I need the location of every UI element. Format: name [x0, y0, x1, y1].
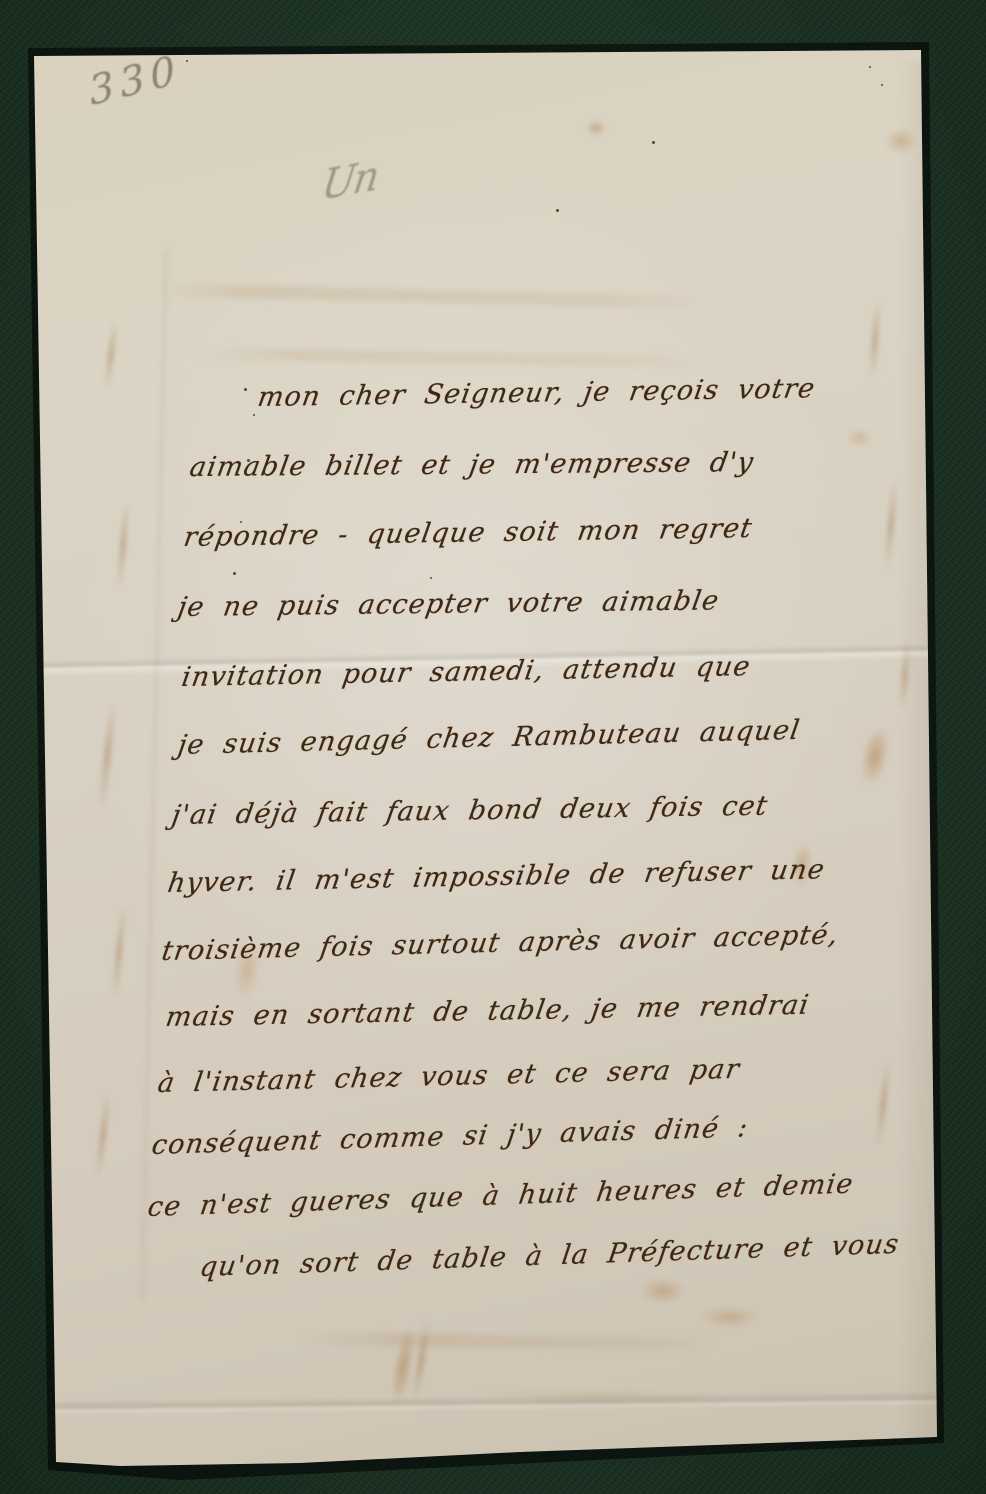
- verso-showthrough-line: [300, 1332, 720, 1351]
- foxing-stain: [700, 1306, 760, 1328]
- handwriting-line: mais en sortant de table, je me rendrai: [164, 990, 812, 1033]
- foxing-stain: [846, 428, 872, 448]
- foxing-stain: [884, 128, 918, 154]
- pencil-catalog-number: 330: [86, 47, 184, 116]
- handwriting-line: répondre - quelque soit mon regret: [182, 513, 755, 553]
- ink-speck: [430, 577, 432, 579]
- foxing-stain: [388, 1329, 419, 1405]
- verso-showthrough-line: [190, 347, 730, 368]
- foxing-stain: [640, 1278, 686, 1304]
- handwriting-line: mon cher Seigneur, je reçois votre: [256, 373, 818, 413]
- verso-showthrough-stroke: [900, 640, 911, 710]
- verso-showthrough-stroke: [95, 1090, 112, 1180]
- handwriting-line: aimable billet et je m'empresse d'y: [187, 447, 756, 483]
- handwriting-line: qu'on sort de table à la Préfecture et v…: [198, 1229, 902, 1283]
- verso-showthrough-stroke: [104, 320, 118, 390]
- handwriting-line: hyver. il m'est impossible de refuser un…: [166, 854, 828, 899]
- letter-sheet: 330 Un mon cher Seigneur, je reçois votr…: [0, 0, 986, 1494]
- ink-speck: [186, 60, 188, 62]
- verso-showthrough-stroke: [98, 700, 116, 810]
- ink-speck: [233, 572, 236, 575]
- handwriting-line: je suis engagé chez Rambuteau auquel: [176, 715, 803, 761]
- verso-showthrough-stroke: [869, 300, 881, 380]
- ink-speck: [253, 414, 255, 416]
- handwriting-line: troisième fois surtout après avoir accep…: [160, 919, 841, 967]
- handwriting-line: conséquent comme si j'y avais diné :: [150, 1112, 751, 1161]
- verso-showthrough-stroke: [875, 1060, 890, 1150]
- ink-speck: [556, 209, 559, 212]
- ink-speck: [881, 84, 883, 86]
- verso-showthrough-line: [470, 1391, 730, 1405]
- verso-showthrough-stroke: [116, 500, 130, 590]
- foxing-stain: [856, 724, 894, 788]
- ink-speck: [869, 66, 871, 68]
- verso-showthrough-line: [160, 283, 720, 310]
- handwriting-line: à l'instant chez vous et ce sera par: [156, 1054, 743, 1099]
- photograph-of-letter: { "scene": { "background_color": "#1d342…: [0, 0, 986, 1494]
- pencil-mark: Un: [319, 152, 380, 210]
- handwriting-line: je ne puis accepter votre aimable: [175, 585, 721, 623]
- verso-showthrough-stroke: [884, 480, 898, 570]
- verso-showthrough-stroke: [412, 1320, 431, 1400]
- handwriting-line: ce n'est gueres que à huit heures et dem…: [146, 1169, 856, 1224]
- handwriting-line: invitation pour samedi, attendu que: [180, 651, 753, 693]
- verso-showthrough-stroke: [112, 905, 126, 1000]
- lower-fold-crease: [40, 1391, 940, 1414]
- foxing-stain: [586, 120, 606, 136]
- ink-speck: [244, 388, 247, 391]
- ink-speck: [652, 141, 655, 144]
- handwriting-line: j'ai déjà fait faux bond deux fois cet: [170, 791, 771, 831]
